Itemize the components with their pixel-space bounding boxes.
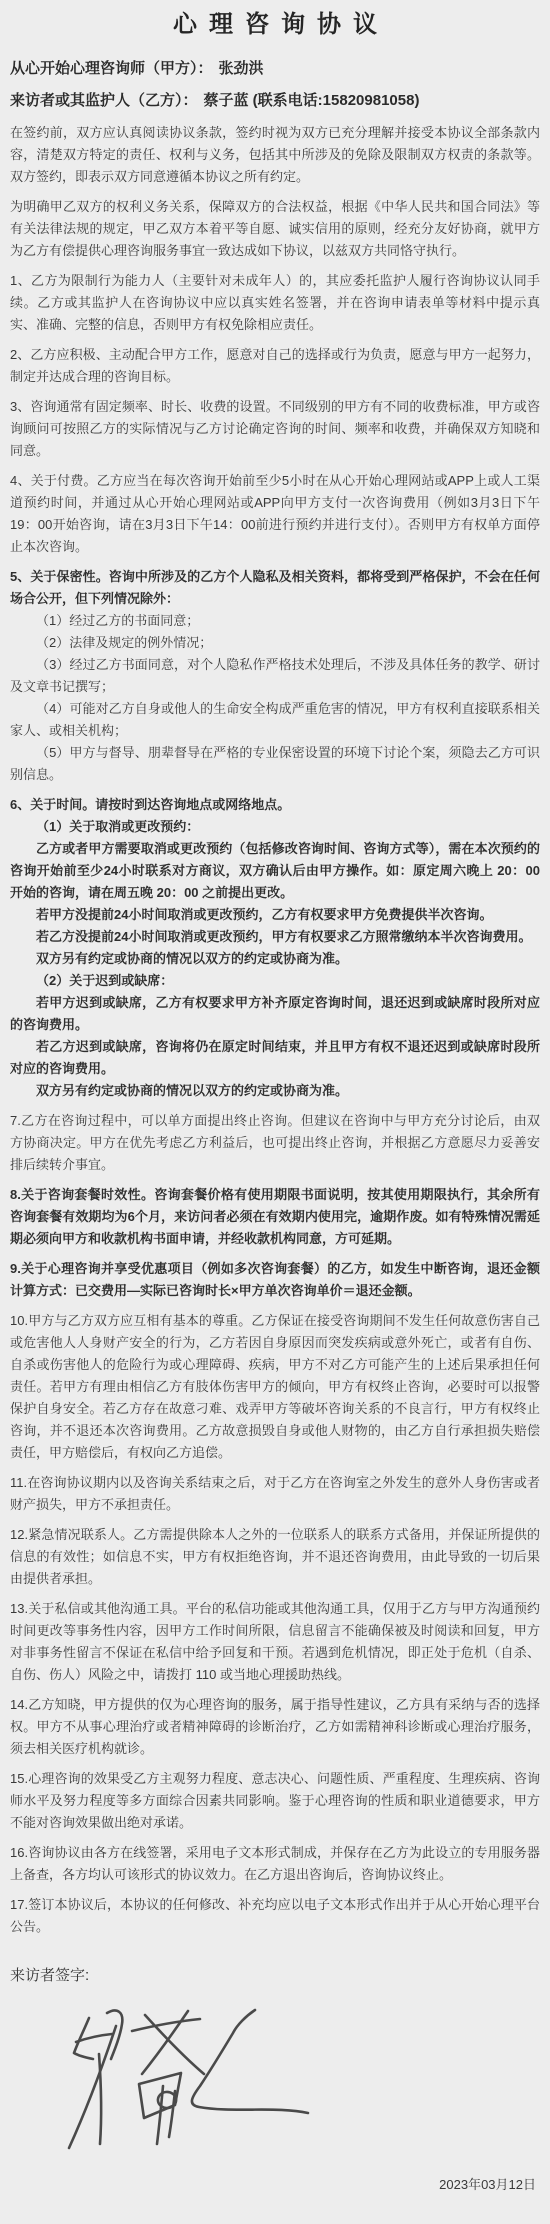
handwritten-signature bbox=[32, 2004, 540, 2156]
clause-6: 6、关于时间。请按时到达咨询地点或网络地点。 bbox=[10, 794, 540, 816]
clause-6-item-2: （2）关于迟到或缺席： bbox=[10, 970, 540, 992]
clause-6-item-1-text-2: 若甲方没提前24小时间取消或更改预约，乙方有权要求甲方免费提供半次咨询。 bbox=[10, 904, 540, 926]
signature-date: 2023年03月12日 bbox=[10, 2176, 540, 2194]
counselor-party-line: 从心开始心理咨询师（甲方）：张劲洪 bbox=[10, 56, 540, 82]
agreement-document: 心理咨询协议 从心开始心理咨询师（甲方）：张劲洪 来访者或其监护人（乙方）：蔡子… bbox=[0, 0, 550, 2224]
page-title: 心理咨询协议 bbox=[10, 8, 540, 42]
counselor-label: 从心开始心理咨询师（甲方）： bbox=[10, 60, 213, 77]
visitor-signature-label: 来访者签字: bbox=[10, 1964, 540, 1988]
clause-12: 12.紧急情况联系人。乙方需提供除本人之外的一位联系人的联系方式备用，并保证所提… bbox=[10, 1524, 540, 1590]
clause-6-item-2-text-3: 双方另有约定或协商的情况以双方的约定或协商为准。 bbox=[10, 1080, 540, 1102]
clause-5-item-5: （5）甲方与督导、朋辈督导在严格的专业保密设置的环境下讨论个案，须隐去乙方可识别… bbox=[10, 742, 540, 786]
clause-15: 15.心理咨询的效果受乙方主观努力程度、意志决心、问题性质、严重程度、生理疾病、… bbox=[10, 1768, 540, 1834]
clause-5-item-3: （3）经过乙方书面同意，对个人隐私作严格技术处理后，不涉及具体任务的教学、研讨及… bbox=[10, 654, 540, 698]
clause-14: 14.乙方知晓，甲方提供的仅为心理咨询的服务，属于指导性建议，乙方具有采纳与否的… bbox=[10, 1694, 540, 1760]
counselor-name: 张劲洪 bbox=[219, 60, 264, 77]
clause-4: 4、关于付费。乙方应当在每次咨询开始前至少5小时在从心开始心理网站或APP上或人… bbox=[10, 470, 540, 558]
visitor-party-line: 来访者或其监护人（乙方）：蔡子蓝 (联系电话:15820981058) bbox=[10, 88, 540, 114]
preamble-2: 为明确甲乙双方的权利义务关系，保障双方的合法权益，根据《中华人民共和国合同法》等… bbox=[10, 196, 540, 262]
visitor-name: 蔡子蓝 (联系电话:15820981058) bbox=[204, 92, 420, 109]
clause-2: 2、乙方应积极、主动配合甲方工作，愿意对自己的选择或行为负责，愿意与甲方一起努力… bbox=[10, 344, 540, 388]
visitor-label: 来访者或其监护人（乙方）： bbox=[10, 92, 198, 109]
clause-11: 11.在咨询协议期内以及咨询关系结束之后，对于乙方在咨询室之外发生的意外人身伤害… bbox=[10, 1472, 540, 1516]
clause-5-item-2: （2）法律及规定的例外情况； bbox=[10, 632, 540, 654]
clause-6-item-1-text-4: 双方另有约定或协商的情况以双方的约定或协商为准。 bbox=[10, 948, 540, 970]
clause-6-item-1: （1）关于取消或更改预约： bbox=[10, 816, 540, 838]
clause-5-item-4: （4）可能对乙方自身或他人的生命安全构成严重危害的情况，甲方有权利直接联系相关家… bbox=[10, 698, 540, 742]
preamble-1: 在签约前，双方应认真阅读协议条款，签约时视为双方已充分理解并接受本协议全部条款内… bbox=[10, 122, 540, 188]
clause-9: 9.关于心理咨询并享受优惠项目（例如多次咨询套餐）的乙方，如发生中断咨询，退还金… bbox=[10, 1258, 540, 1302]
clause-13: 13.关于私信或其他沟通工具。平台的私信功能或其他沟通工具，仅用于乙方与甲方沟通… bbox=[10, 1598, 540, 1686]
clause-5-item-1: （1）经过乙方的书面同意； bbox=[10, 610, 540, 632]
clause-5: 5、关于保密性。咨询中所涉及的乙方个人隐私及相关资料，都将受到严格保护，不会在任… bbox=[10, 566, 540, 610]
clause-6-item-1-text-3: 若乙方没提前24小时间取消或更改预约，甲方有权要求乙方照常缴纳本半次咨询费用。 bbox=[10, 926, 540, 948]
signature-ink-icon bbox=[32, 2004, 312, 2156]
clause-17: 17.签订本协议后，本协议的任何修改、补充均应以电子文本形式作出并于从心开始心理… bbox=[10, 1894, 540, 1938]
clause-1: 1、乙方为限制行为能力人（主要针对未成年人）的，其应委托监护人履行咨询协议认同手… bbox=[10, 270, 540, 336]
clause-7: 7.乙方在咨询过程中，可以单方面提出终止咨询。但建议在咨询中与甲方充分讨论后，由… bbox=[10, 1110, 540, 1176]
clause-8: 8.关于咨询套餐时效性。咨询套餐价格有使用期限书面说明，按其使用期限执行，其余所… bbox=[10, 1184, 540, 1250]
clause-6-item-2-text-1: 若甲方迟到或缺席，乙方有权要求甲方补齐原定咨询时间，退还迟到或缺席时段所对应的咨… bbox=[10, 992, 540, 1036]
clause-16: 16.咨询协议由各方在线签署，采用电子文本形式制成，并保存在乙方为此设立的专用服… bbox=[10, 1842, 540, 1886]
clause-6-item-2-text-2: 若乙方迟到或缺席，咨询将仍在原定时间结束，并且甲方有权不退还迟到或缺席时段所对应… bbox=[10, 1036, 540, 1080]
clause-10: 10.甲方与乙方双方应互相有基本的尊重。乙方保证在接受咨询期间不发生任何故意伤害… bbox=[10, 1310, 540, 1464]
clause-6-item-1-text-1: 乙方或者甲方需要取消或更改预约（包括修改咨询时间、咨询方式等），需在本次预约的咨… bbox=[10, 838, 540, 904]
clause-3: 3、咨询通常有固定频率、时长、收费的设置。不同级别的甲方有不同的收费标准，甲方或… bbox=[10, 396, 540, 462]
